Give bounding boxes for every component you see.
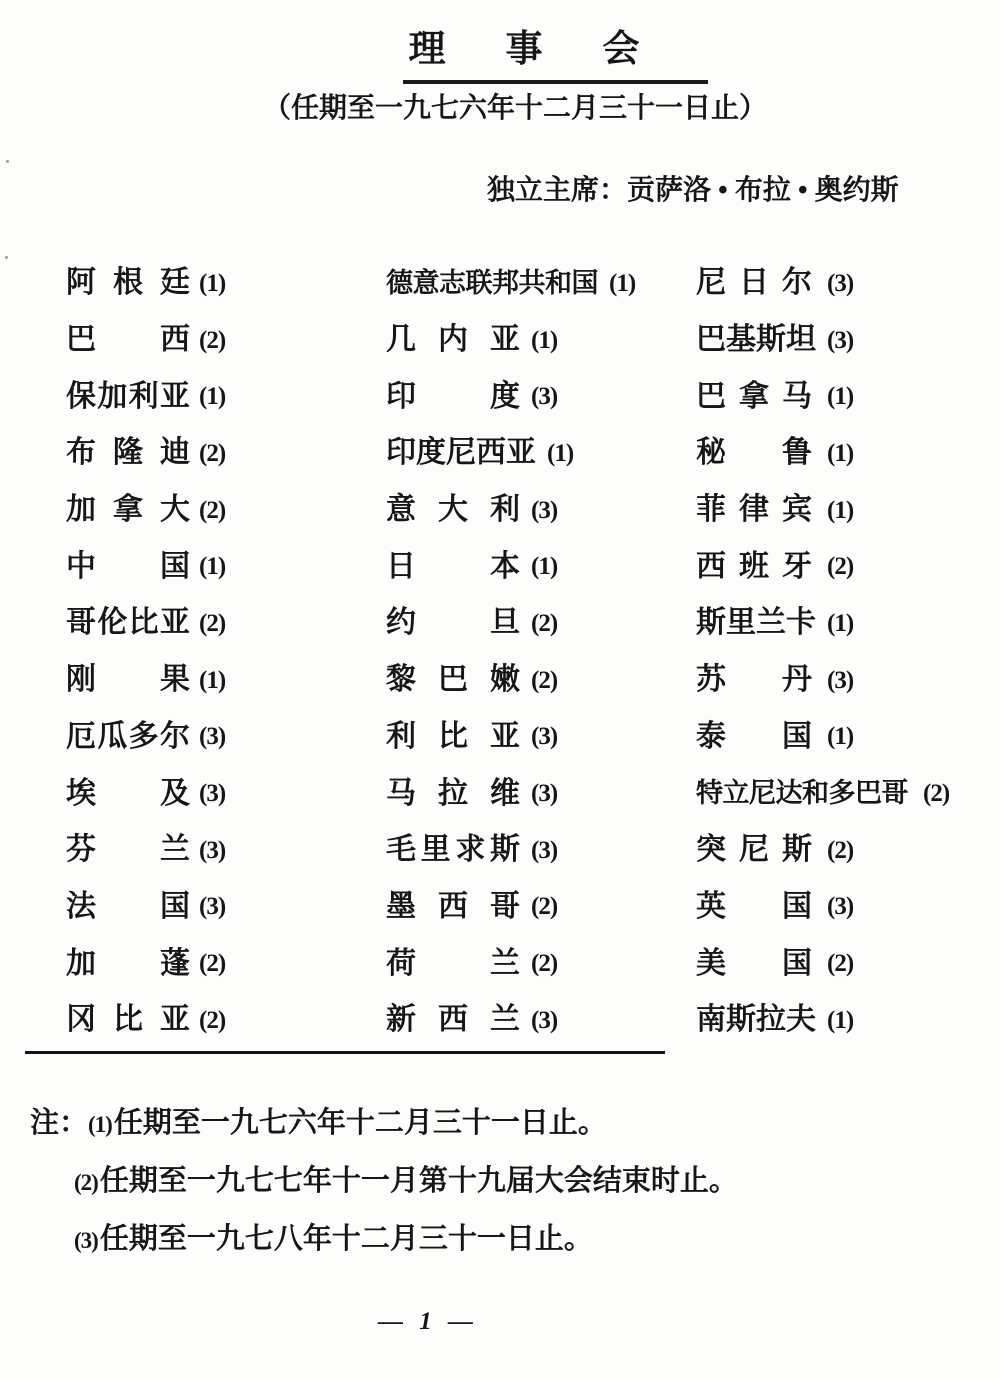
council-entry-term: (1) (827, 384, 853, 409)
council-entry-term: (2) (199, 328, 225, 353)
council-entry: 巴拿马(1) (696, 368, 949, 425)
council-entry: 突尼斯(2) (696, 822, 949, 879)
council-entry-term: (1) (547, 441, 573, 466)
council-entry-term: (3) (531, 781, 557, 806)
council-entry: 加蓬(2) (66, 935, 225, 992)
notes-label: 注： (30, 1107, 88, 1139)
note-marker: (1) (88, 1112, 112, 1137)
council-entry-term: (3) (199, 838, 225, 863)
council-entry-term: (2) (199, 611, 225, 636)
council-entry-name: 加蓬 (66, 949, 190, 979)
title-wrap: 理事会 (0, 18, 1000, 84)
council-entry-name: 芬兰 (66, 835, 190, 865)
council-entry-name: 巴拿马 (696, 382, 812, 412)
council-entry-term: (1) (827, 1008, 853, 1033)
council-entry-name: 利比亚 (386, 722, 520, 752)
council-entry-name: 斯里兰卡 (696, 608, 812, 638)
scan-speck (5, 256, 8, 259)
council-entry-term: (1) (827, 724, 853, 749)
council-entry-term: (1) (827, 611, 853, 636)
note-line: (2)任期至一九七七年十一月第十九届大会结束时止。 (30, 1158, 738, 1216)
document-page: 理事会 （任期至一九七六年十二月三十一日止） 独立主席：贡萨洛 • 布拉 • 奥… (0, 0, 1000, 1379)
page-number: — 1 — (378, 1308, 478, 1336)
council-entry: 阿根廷(1) (66, 255, 225, 312)
council-entry-name: 菲律宾 (696, 495, 812, 525)
council-entry-name: 突尼斯 (696, 835, 812, 865)
council-entry-name: 约旦 (386, 608, 520, 638)
council-column-middle: 德意志联邦共和国(1)几内亚(1)印度(3)印度尼西亚(1)意大利(3)日本(1… (386, 255, 635, 1049)
council-entry-name: 德意志联邦共和国 (386, 270, 598, 297)
council-entry: 日本(1) (386, 538, 635, 595)
council-entry: 布隆迪(2) (66, 425, 225, 482)
chairman-name: 贡萨洛 • 布拉 • 奥约斯 (627, 175, 899, 206)
council-entry-name: 南斯拉夫 (696, 1005, 812, 1035)
council-entry-term: (1) (531, 328, 557, 353)
council-entry-name: 毛里求斯 (386, 835, 520, 865)
council-entry-term: (3) (827, 668, 853, 693)
council-entry-term: (2) (827, 838, 853, 863)
council-entry-name: 印度 (386, 382, 520, 412)
council-entry-term: (3) (531, 838, 557, 863)
council-entry-term: (3) (531, 724, 557, 749)
council-entry-term: (2) (827, 951, 853, 976)
council-entry: 印度(3) (386, 368, 635, 425)
council-entry-name: 荷兰 (386, 949, 520, 979)
council-entry: 加拿大(2) (66, 482, 225, 539)
council-entry: 秘鲁(1) (696, 425, 949, 482)
council-entry-term: (1) (827, 441, 853, 466)
council-entry: 尼日尔(3) (696, 255, 949, 312)
council-entry: 菲律宾(1) (696, 482, 949, 539)
council-entry: 美国(2) (696, 935, 949, 992)
council-entry: 几内亚(1) (386, 312, 635, 369)
council-entry: 英国(3) (696, 879, 949, 936)
note-text: 任期至一九七八年十二月三十一日止。 (100, 1223, 593, 1255)
council-entry-term: (3) (199, 894, 225, 919)
council-entry: 斯里兰卡(1) (696, 595, 949, 652)
council-entry-term: (3) (827, 894, 853, 919)
council-entry: 泰国(1) (696, 709, 949, 766)
notes-divider (25, 1051, 665, 1054)
council-entry-name: 尼日尔 (696, 268, 812, 298)
council-entry: 约旦(2) (386, 595, 635, 652)
council-entry: 芬兰(3) (66, 822, 225, 879)
council-entry-term: (2) (827, 554, 853, 579)
council-entry-term: (3) (199, 781, 225, 806)
council-entry: 冈比亚(2) (66, 992, 225, 1049)
council-entry-name: 泰国 (696, 722, 812, 752)
council-entry-name: 加拿大 (66, 495, 190, 525)
notes-section: 注：(1)任期至一九七六年十二月三十一日止。(2)任期至一九七七年十一月第十九届… (30, 1100, 738, 1274)
council-entry-name: 特立尼达和多巴哥 (696, 780, 908, 807)
note-text: 任期至一九七六年十二月三十一日止。 (114, 1107, 607, 1139)
council-entry-name: 新西兰 (386, 1005, 520, 1035)
council-entry: 荷兰(2) (386, 935, 635, 992)
council-entry: 巴基斯坦(3) (696, 312, 949, 369)
council-entry-name: 意大利 (386, 495, 520, 525)
note-text: 任期至一九七七年十一月第十九届大会结束时止。 (100, 1165, 738, 1197)
council-entry-term: (3) (827, 271, 853, 296)
council-entry-term: (1) (199, 668, 225, 693)
council-entry: 德意志联邦共和国(1) (386, 255, 635, 312)
council-entry-name: 刚果 (66, 665, 190, 695)
page-title: 理事会 (403, 18, 708, 84)
council-entry: 新西兰(3) (386, 992, 635, 1049)
council-entry-term: (1) (199, 554, 225, 579)
council-entry-term: (2) (531, 611, 557, 636)
council-entry-term: (2) (923, 781, 949, 806)
council-entry-name: 墨西哥 (386, 892, 520, 922)
council-entry-name: 中国 (66, 552, 190, 582)
council-entry-term: (3) (531, 498, 557, 523)
council-entry-term: (1) (531, 554, 557, 579)
council-entry: 特立尼达和多巴哥(2) (696, 765, 949, 822)
council-entry-term: (1) (609, 271, 635, 296)
term-subtitle: （任期至一九七六年十二月三十一日止） (15, 86, 1000, 126)
council-entry: 意大利(3) (386, 482, 635, 539)
council-entry: 苏丹(3) (696, 652, 949, 709)
council-entry: 西班牙(2) (696, 538, 949, 595)
council-entry-name: 马拉维 (386, 779, 520, 809)
council-entry-name: 黎巴嫩 (386, 665, 520, 695)
council-entry-name: 英国 (696, 892, 812, 922)
council-entry-name: 冈比亚 (66, 1005, 190, 1035)
council-entry-name: 印度尼西亚 (386, 438, 536, 468)
council-entry: 刚果(1) (66, 652, 225, 709)
council-entry-name: 埃及 (66, 779, 190, 809)
council-entry: 利比亚(3) (386, 709, 635, 766)
council-entry-term: (1) (199, 384, 225, 409)
council-entry: 中国(1) (66, 538, 225, 595)
council-entry: 巴西(2) (66, 312, 225, 369)
council-entry-name: 法国 (66, 892, 190, 922)
council-entry: 马拉维(3) (386, 765, 635, 822)
note-marker: (3) (74, 1228, 98, 1253)
council-entry-name: 西班牙 (696, 552, 812, 582)
council-entry-term: (2) (531, 668, 557, 693)
council-entry-name: 日本 (386, 552, 520, 582)
council-entry-term: (2) (531, 894, 557, 919)
council-entry: 黎巴嫩(2) (386, 652, 635, 709)
council-entry-term: (2) (199, 498, 225, 523)
council-entry: 毛里求斯(3) (386, 822, 635, 879)
council-entry: 保加利亚(1) (66, 368, 225, 425)
chairman-label: 独立主席： (487, 175, 627, 206)
council-entry-name: 秘鲁 (696, 438, 812, 468)
council-entry-name: 巴基斯坦 (696, 325, 812, 355)
council-entry: 法国(3) (66, 879, 225, 936)
council-entry: 墨西哥(2) (386, 879, 635, 936)
council-entry-name: 哥伦比亚 (66, 608, 190, 638)
council-entry-name: 阿根廷 (66, 268, 190, 298)
council-entry-term: (1) (827, 498, 853, 523)
scan-speck (6, 160, 9, 163)
council-entry-term: (3) (827, 328, 853, 353)
council-entry: 厄瓜多尔(3) (66, 709, 225, 766)
council-entry-term: (2) (199, 951, 225, 976)
council-column-right: 尼日尔(3)巴基斯坦(3)巴拿马(1)秘鲁(1)菲律宾(1)西班牙(2)斯里兰卡… (696, 255, 949, 1049)
council-column-left: 阿根廷(1)巴西(2)保加利亚(1)布隆迪(2)加拿大(2)中国(1)哥伦比亚(… (66, 255, 225, 1049)
council-entry-term: (2) (199, 1008, 225, 1033)
note-line: (3)任期至一九七八年十二月三十一日止。 (30, 1216, 738, 1274)
council-entry-term: (2) (531, 951, 557, 976)
council-entry-term: (1) (199, 271, 225, 296)
council-entry-name: 保加利亚 (66, 382, 190, 412)
council-entry-term: (2) (199, 441, 225, 466)
council-entry-term: (3) (531, 1008, 557, 1033)
council-entry-name: 巴西 (66, 325, 190, 355)
council-entry-name: 几内亚 (386, 325, 520, 355)
council-entry: 南斯拉夫(1) (696, 992, 949, 1049)
council-entry: 哥伦比亚(2) (66, 595, 225, 652)
note-line: 注：(1)任期至一九七六年十二月三十一日止。 (30, 1100, 738, 1158)
council-entry-term: (3) (531, 384, 557, 409)
council-entry: 印度尼西亚(1) (386, 425, 635, 482)
council-entry-name: 厄瓜多尔 (66, 722, 190, 752)
note-marker: (2) (74, 1170, 98, 1195)
council-entry-term: (3) (199, 724, 225, 749)
council-entry-name: 苏丹 (696, 665, 812, 695)
council-entry-name: 美国 (696, 949, 812, 979)
council-entry-name: 布隆迪 (66, 438, 190, 468)
council-entry: 埃及(3) (66, 765, 225, 822)
chairman-line: 独立主席：贡萨洛 • 布拉 • 奥约斯 (487, 168, 899, 208)
